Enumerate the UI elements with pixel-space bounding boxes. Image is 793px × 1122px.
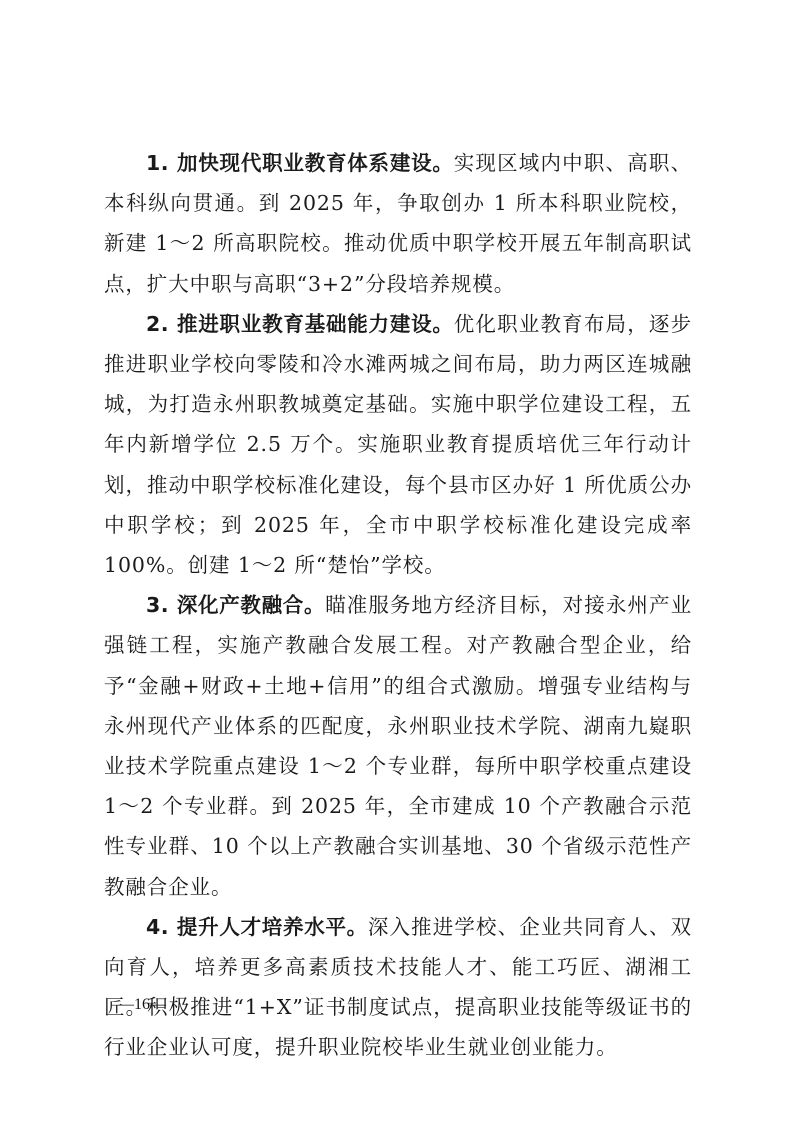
section-2: 2. 推进职业教育基础能力建设。优化职业教育布局，逐步推进职业学校向零陵和冷水滩… xyxy=(104,304,692,585)
section-1: 1. 加快现代职业教育体系建设。实现区域内中职、高职、本科纵向贯通。到 2025… xyxy=(104,143,692,304)
section-1-heading: 1. 加快现代职业教育体系建设。 xyxy=(146,151,454,175)
section-3: 3. 深化产教融合。瞄准服务地方经济目标，对接永州产业强链工程，实施产教融合发展… xyxy=(104,585,692,907)
section-4: 4. 提升人才培养水平。深入推进学校、企业共同育人、双向育人，培养更多高素质技术… xyxy=(104,907,692,1068)
section-4-heading: 4. 提升人才培养水平。 xyxy=(146,915,368,939)
document-page: 1. 加快现代职业教育体系建设。实现区域内中职、高职、本科纵向贯通。到 2025… xyxy=(104,143,692,1068)
section-2-heading: 2. 推进职业教育基础能力建设。 xyxy=(146,312,454,336)
page-number: —16— xyxy=(118,996,166,1014)
section-2-body: 优化职业教育布局，逐步推进职业学校向零陵和冷水滩两城之间布局，助力两区连城融城，… xyxy=(104,312,692,577)
section-3-body: 瞄准服务地方经济目标，对接永州产业强链工程，实施产教融合发展工程。对产教融合型企… xyxy=(104,593,692,898)
section-3-heading: 3. 深化产教融合。 xyxy=(146,593,325,617)
